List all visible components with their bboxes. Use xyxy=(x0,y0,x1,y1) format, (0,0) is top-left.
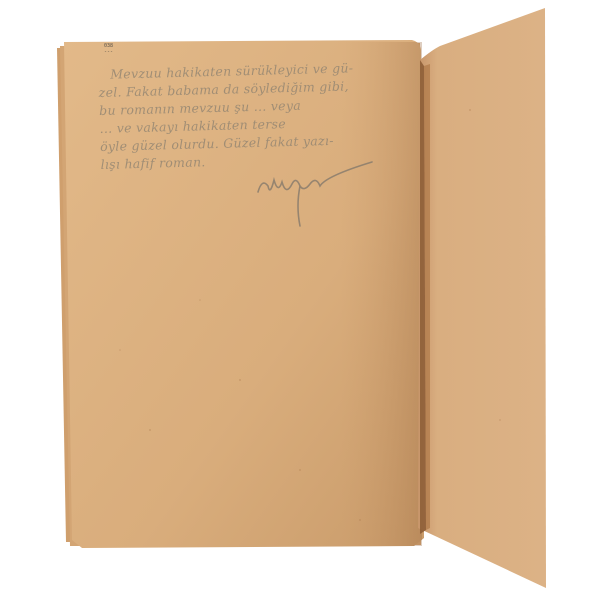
library-stamp: 038 --- xyxy=(104,43,113,55)
right-page xyxy=(418,8,546,588)
handwritten-note: Mevzuu hakikaten sürükleyici ve gü- zel.… xyxy=(98,58,421,174)
stamp-sub: --- xyxy=(104,49,113,55)
book-photo: 038 --- Mevzuu hakikaten sürükleyici ve … xyxy=(0,0,600,600)
